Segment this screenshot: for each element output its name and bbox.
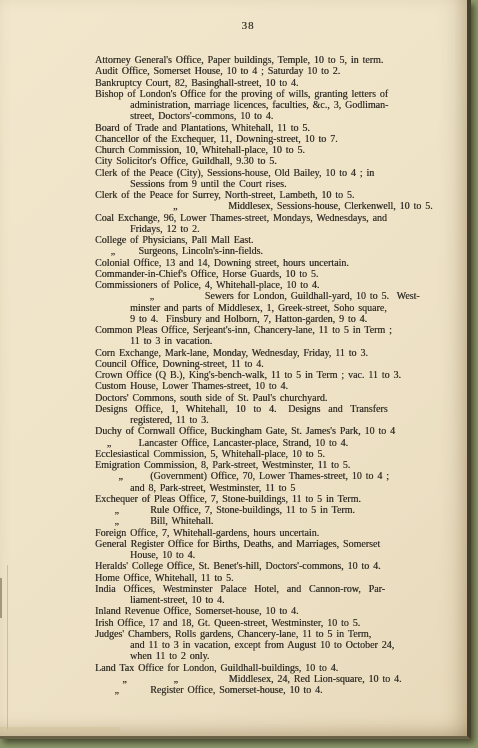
paper-page: 38 Attorney General's Office, Paper buil…: [0, 0, 471, 739]
text-line: Home Office, Whitehall, 11 to 5.: [95, 573, 440, 584]
text-line: street, Doctors'-commons, 10 to 4.: [130, 111, 440, 122]
text-line: Attorney General's Office, Paper buildin…: [95, 55, 440, 66]
text-line: House, 10 to 4.: [130, 550, 440, 561]
text-line: Church Commission, 10, Whitehall-place, …: [95, 145, 440, 156]
text-line: „ Rule Office, 7, Stone-buildings, 11 to…: [95, 505, 440, 516]
text-line: Custom House, Lower Thames-street, 10 to…: [95, 381, 440, 392]
text-line: and 8, Park-street, Westminster, 11 to 5: [130, 483, 440, 494]
text-line: „ Lancaster Office, Lancaster-place, Str…: [95, 438, 440, 449]
text-line: Bishop of London's Office for the provin…: [95, 89, 440, 100]
text-line: „ Middlesex, Sessions-house, Clerkenwell…: [95, 201, 440, 212]
text-line: Sessions from 9 until the Court rises.: [130, 179, 440, 190]
text-line: Council Office, Downing-street, 11 to 4.: [95, 359, 440, 370]
text-line: Land Tax Office for London, Guildhall-bu…: [95, 663, 440, 674]
text-line: 11 to 3 in vacation.: [130, 336, 440, 347]
text-line: Designs Office, 1, Whitehall, 10 to 4. D…: [95, 404, 440, 415]
text-line: Foreign Office, 7, Whitehall-gardens, ho…: [95, 528, 440, 539]
text-line: Fridays, 12 to 2.: [130, 224, 440, 235]
scanned-page: 38 Attorney General's Office, Paper buil…: [0, 0, 478, 748]
text-line: „ (Government) Office, 70, Lower Thames-…: [95, 471, 440, 482]
entry-list: Attorney General's Office, Paper buildin…: [95, 55, 440, 696]
text-line: Clerk of the Peace for Surrey, North-str…: [95, 190, 440, 201]
text-line: Ecclesiastical Commission, 5, Whitehall-…: [95, 449, 440, 460]
text-line: „ Bill, Whitehall.: [95, 516, 440, 527]
text-line: and 11 to 3 in vacation, except from Aug…: [130, 640, 440, 651]
text-line: Commander-in-Chief's Office, Horse Guard…: [95, 269, 440, 280]
text-line: Audit Office, Somerset House, 10 to 4 ; …: [95, 66, 440, 77]
text-line: Heralds' College Office, St. Benet's-hil…: [95, 561, 440, 572]
text-line: Doctors' Commons, south side of St. Paul…: [95, 393, 440, 404]
text-line: liament-street, 10 to 4.: [130, 595, 440, 606]
text-line: Board of Trade and Plantations, Whitehal…: [95, 123, 440, 134]
text-line: Bankruptcy Court, 82, Basinghall-street,…: [95, 78, 440, 89]
text-line: General Register Office for Births, Deat…: [95, 539, 440, 550]
text-line: „ Sewers for London, Guildhall-yard, 10 …: [95, 291, 440, 302]
text-line: 9 to 4. Finsbury and Holborn, 7, Hatton-…: [130, 314, 440, 325]
text-line: Corn Exchange, Mark-lane, Monday, Wednes…: [95, 348, 440, 359]
text-line: when 11 to 2 only.: [130, 651, 440, 662]
text-line: Coal Exchange, 96, Lower Thames-street, …: [95, 213, 440, 224]
text-line: minster and parts of Middlesex, 1, Greek…: [130, 303, 440, 314]
text-line: Emigration Commission, 8, Park-street, W…: [95, 460, 440, 471]
text-line: registered, 11 to 3.: [130, 415, 440, 426]
page-stack-edge: [0, 727, 120, 733]
text-line: Commissioners of Police, 4, Whitehall-pl…: [95, 280, 440, 291]
text-line: administration, marriage licences, facul…: [130, 100, 440, 111]
text-line: City Solicitor's Office, Guildhall, 9.30…: [95, 156, 440, 167]
text-line: Judges' Chambers, Rolls gardens, Chancer…: [95, 629, 440, 640]
text-line: „ Register Office, Somerset-house, 10 to…: [95, 685, 440, 696]
text-line: College of Physicians, Pall Mall East.: [95, 235, 440, 246]
text-line: Irish Office, 17 and 18, Gt. Queen-stree…: [95, 618, 440, 629]
text-line: Common Pleas Office, Serjeant's-inn, Cha…: [95, 325, 440, 336]
text-line: Chancellor of the Exchequer, 11, Downing…: [95, 134, 440, 145]
text-line: „ „ Middlesex, 24, Red Lion-square, 10 t…: [95, 674, 440, 685]
page-edge-artifact: [7, 565, 8, 730]
text-line: Exchequer of Pleas Office, 7, Stone-buil…: [95, 494, 440, 505]
text-line: Inland Revenue Office, Somerset-house, 1…: [95, 606, 440, 617]
page-number: 38: [228, 20, 268, 32]
text-line: India Offices, Westminster Palace Hotel,…: [95, 584, 440, 595]
text-line: Crown Office (Q B.), King's-bench-walk, …: [95, 370, 440, 381]
text-line: Duchy of Cornwall Office, Buckingham Gat…: [95, 426, 440, 437]
page-edge-artifact: [0, 578, 2, 618]
text-line: Colonial Office, 13 and 14, Downing stre…: [95, 258, 440, 269]
text-line: Clerk of the Peace (City), Sessions-hous…: [95, 168, 440, 179]
text-line: „ Surgeons, Lincoln's-inn-fields.: [95, 246, 440, 257]
